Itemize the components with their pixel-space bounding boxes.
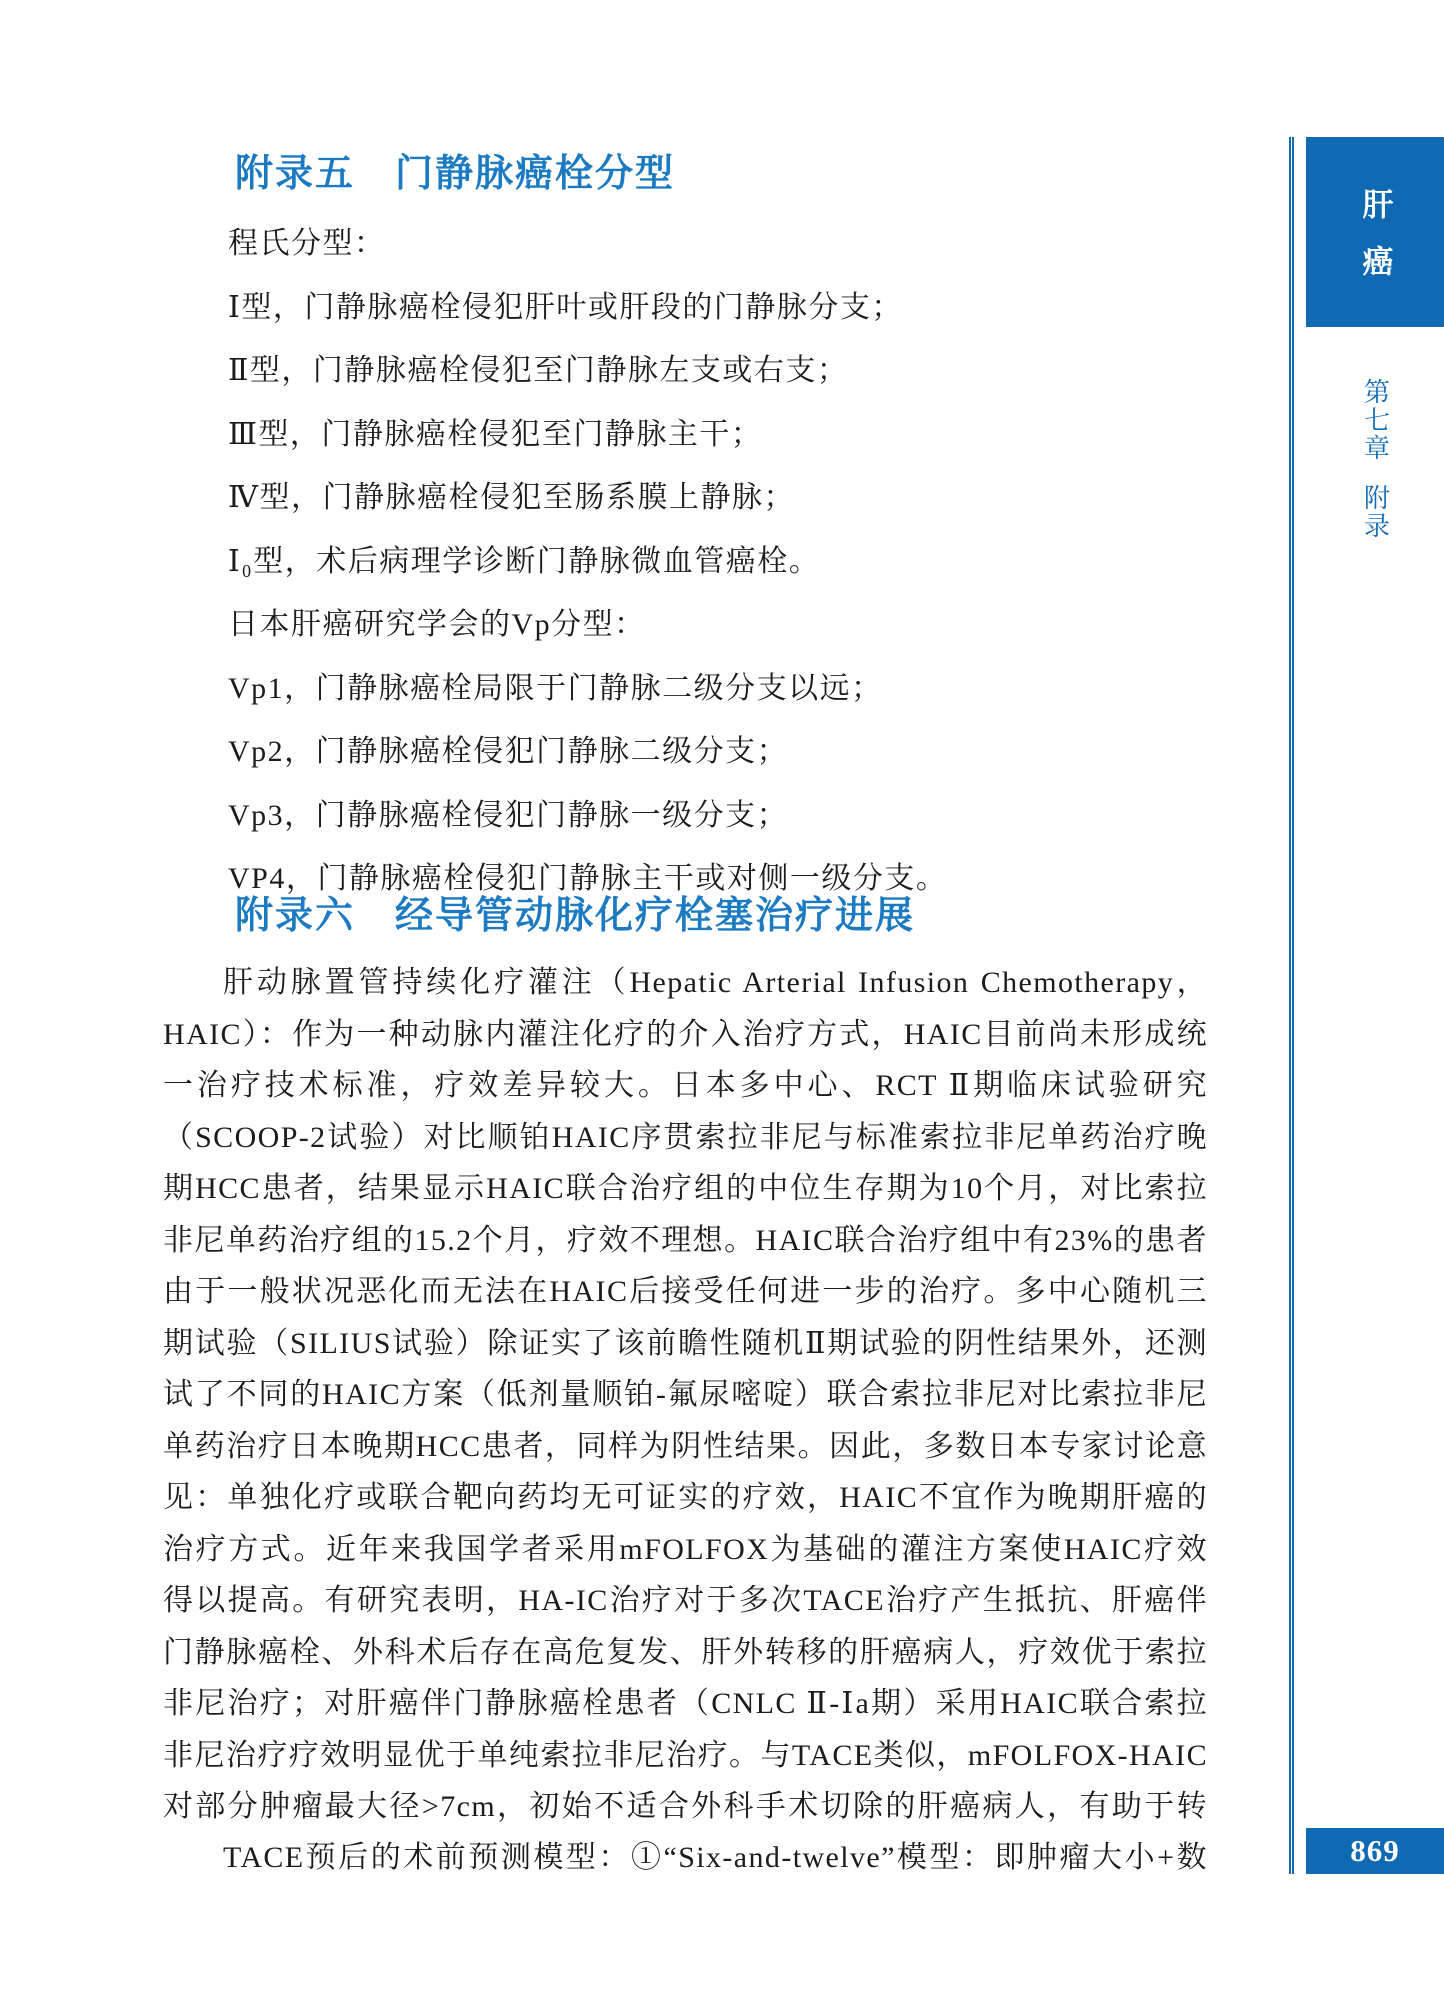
paragraph: 肝动脉置管持续化疗灌注（Hepatic Arterial Infusion Ch… — [163, 957, 1208, 1834]
chapter-section-label: 附录 — [1357, 484, 1394, 540]
list-item: Ⅲ型，门静脉癌栓侵犯至门静脉主干； — [228, 403, 947, 467]
book-title-tab: 肝癌 — [1306, 137, 1444, 327]
paragraph: TACE预后的术前预测模型：①“Six-and-twelve”模型：即肿瘤大小+… — [163, 1832, 1208, 1887]
list-item: Ⅱ型，门静脉癌栓侵犯至门静脉左支或右支； — [228, 339, 947, 403]
sidebar-divider-line — [1289, 137, 1294, 1874]
list-item: Ⅳ型，门静脉癌栓侵犯至肠系膜上静脉； — [228, 466, 947, 530]
book-title-tab-label: 肝癌 — [1353, 188, 1398, 302]
chapter-number-label: 第七章 — [1357, 378, 1394, 462]
list-item: Vp2，门静脉癌栓侵犯门静脉二级分支； — [228, 720, 947, 784]
page-number-badge: 869 — [1306, 1828, 1444, 1874]
portal-vein-typing-list: 程氏分型： Ⅰ型，门静脉癌栓侵犯肝叶或肝段的门静脉分支； Ⅱ型，门静脉癌栓侵犯至… — [228, 212, 947, 911]
list-item: Vp3，门静脉癌栓侵犯门静脉一级分支； — [228, 784, 947, 848]
appendix6-title: 附录六 经导管动脉化疗栓塞治疗进展 — [235, 884, 915, 939]
list-item: 日本肝癌研究学会的Vp分型： — [228, 593, 947, 657]
list-item: Ⅰ₀型，术后病理学诊断门静脉微血管癌栓。 — [228, 530, 947, 594]
book-page: 附录五 门静脉癌栓分型 程氏分型： Ⅰ型，门静脉癌栓侵犯肝叶或肝段的门静脉分支；… — [0, 0, 1444, 2010]
main-text-column: 附录五 门静脉癌栓分型 程氏分型： Ⅰ型，门静脉癌栓侵犯肝叶或肝段的门静脉分支；… — [163, 0, 1208, 2010]
list-item: 程氏分型： — [228, 212, 947, 276]
appendix5-title: 附录五 门静脉癌栓分型 — [235, 142, 675, 197]
chapter-label: 第七章 附录 — [1306, 378, 1444, 540]
list-item: Vp1，门静脉癌栓局限于门静脉二级分支以远； — [228, 657, 947, 721]
list-item: Ⅰ型，门静脉癌栓侵犯肝叶或肝段的门静脉分支； — [228, 276, 947, 340]
page-number: 869 — [1350, 1833, 1400, 1869]
